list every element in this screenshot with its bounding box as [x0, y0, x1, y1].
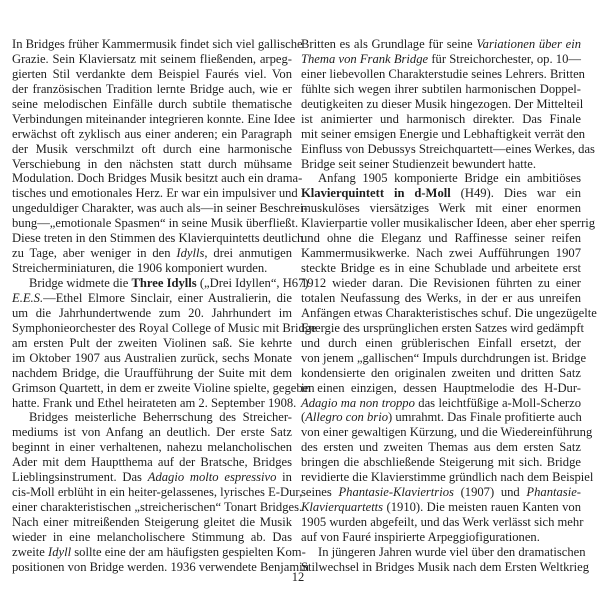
text-run: 1912 wieder daran. Die Revisionen führte… — [301, 276, 581, 290]
text-run: revidierte die Klavierstimme gründlich n… — [301, 470, 593, 484]
text-line: Verschiebung in den nächsten statt durch… — [12, 157, 292, 172]
text-run: Verschiebung in den nächsten statt durch… — [12, 157, 292, 171]
text-line: Symphonieorchester des Royal College of … — [12, 321, 292, 336]
text-line: 1912 wieder daran. Die Revisionen führte… — [301, 276, 581, 291]
page-number: 12 — [0, 570, 596, 585]
text-line: und durch einen grüblerischen Einfall er… — [301, 336, 581, 351]
italic-text: Phantasie- — [526, 485, 581, 499]
text-line: Grimson Quartett, in dem er zweite Violi… — [12, 381, 292, 396]
text-line: cis-Moll erblüht in ein heiter-gelassene… — [12, 485, 292, 500]
text-run: nachdem Bridge, die Uraufführung der Sui… — [12, 366, 292, 380]
text-run: Lieblingsinstrument. Das — [12, 470, 148, 484]
text-run: —Ethel Elmore Sinclair, einer Australier… — [43, 291, 292, 305]
text-line: (Allegro con brio) umrahmt. Das Finale p… — [301, 410, 581, 425]
text-line: Energie des ursprünglichen ersten Satzes… — [301, 321, 581, 336]
text-run: totalen Neufassung des Werks, in der er … — [301, 291, 581, 305]
text-run: am ersten Pult der zweiten Violinen saß.… — [12, 336, 292, 350]
text-run: Energie des ursprünglichen ersten Satzes… — [301, 321, 584, 335]
text-line: kondensierte den originalen zweiten und … — [301, 366, 581, 381]
text-line: ist animierter und harmonisch direkter. … — [301, 112, 581, 127]
text-line: Adagio ma non troppo das leichtfüßige a-… — [301, 396, 581, 411]
text-line: Klavierpartie voller musikalischer Ideen… — [301, 216, 581, 231]
text-run: fühlte sich wegen ihrer subtilen harmoni… — [301, 82, 581, 96]
text-run: in einen einzigen, dessen Hauptmelodie d… — [301, 381, 581, 395]
text-run: ) umrahmt. Das Finale profitierte auch — [388, 410, 582, 424]
text-run: steckte Bridge es in eine Schublade und … — [301, 261, 581, 275]
text-line: Kammermusikwerke. Nach zwei Aufführungen… — [301, 246, 581, 261]
text-run: im Oktober 1907 aus Australien zurück, s… — [12, 351, 292, 365]
text-line: der französischen Tradition lernte Bridg… — [12, 82, 292, 97]
text-run: auf von Fauré inspirierte Arpeggiofigura… — [301, 530, 540, 544]
text-line: Klavierquartetts (1910). Die meisten rau… — [301, 500, 581, 515]
text-line: Klavierquintett in d-Moll (H49). Dies wa… — [301, 186, 581, 201]
italic-text: E.E.S. — [12, 291, 43, 305]
text-line: Lieblingsinstrument. Das Adagio molto es… — [12, 470, 292, 485]
text-run: Grimson Quartett, in dem er zweite Violi… — [12, 381, 315, 395]
text-run: cis-Moll erblüht in ein heiter-gelassene… — [12, 485, 302, 499]
text-run: sollte eine der am häufigsten gespielten… — [71, 545, 306, 559]
text-line: Thema von Frank Bridge für Streichorches… — [301, 52, 581, 67]
text-run: von jenem „gallischen“ Impuls durchdrung… — [301, 351, 586, 365]
text-run: Diese treten in den Stimmen des Klavierq… — [12, 231, 303, 245]
text-line: und ohne die Eleganz und Raffinesse sein… — [301, 231, 581, 246]
italic-text: Klavierquartetts — [301, 500, 383, 514]
italic-text: Variationen über ein — [476, 37, 581, 51]
text-run: seines — [301, 485, 338, 499]
text-line: gierten Stil verdankte dem Beispiel Faur… — [12, 67, 292, 82]
text-line: 1905 wurden abgefeilt, und das Werk verl… — [301, 515, 581, 530]
italic-text: Thema von Frank Bridge — [301, 52, 428, 66]
text-run: Ader mit dem Hauptthema auf der Bratsche… — [12, 455, 292, 469]
text-line: Ader mit dem Hauptthema auf der Bratsche… — [12, 455, 292, 470]
text-run: einer liebevollen Charakterstudie seines… — [301, 67, 585, 81]
bold-title: Klavierquintett in d-Moll — [301, 186, 451, 200]
text-run: Bridge widmete die — [29, 276, 131, 290]
text-run: Verbindungen miteinander integrieren kon… — [12, 112, 295, 126]
text-run: zweite — [12, 545, 48, 559]
text-run: mediums ist von Anfang an deutlich. Der … — [12, 425, 292, 439]
text-line: muskulöses viersätziges Werk mit einer e… — [301, 201, 581, 216]
text-run: beginnt in einer verhaltenen, nahezu mel… — [12, 440, 292, 454]
text-run: (H49). Dies war ein — [451, 186, 581, 200]
text-line: deutigkeiten zu dieser Musik hingezogen.… — [301, 97, 581, 112]
text-run: muskulöses viersätziges Werk mit einer e… — [301, 201, 581, 215]
text-line: tisches und emotionales Herz. Er war ein… — [12, 186, 292, 201]
text-run: (1907) und — [454, 485, 527, 499]
text-run: Nach einer mitreißenden Steigerung gleit… — [12, 515, 292, 529]
text-run: der französischen Tradition lernte Bridg… — [12, 82, 292, 96]
italic-text: Phantasie-Klaviertrios — [338, 485, 453, 499]
text-run: erwächst oft zyklisch aus einer anderen;… — [12, 127, 292, 141]
text-run: wieder in eine melancholischere Stimmung… — [12, 530, 292, 544]
text-line: fühlte sich wegen ihrer subtilen harmoni… — [301, 82, 581, 97]
italic-text: Allegro con brio — [305, 410, 388, 424]
text-line: in einen einzigen, dessen Hauptmelodie d… — [301, 381, 581, 396]
text-line: seines Phantasie-Klaviertrios (1907) und… — [301, 485, 581, 500]
text-line: Verbindungen miteinander integrieren kon… — [12, 112, 292, 127]
text-run: und ohne die Eleganz und Raffinesse sein… — [301, 231, 581, 245]
text-run: Britten es als Grundlage für seine — [301, 37, 476, 51]
text-line: zweite Idyll sollte eine der am häufigst… — [12, 545, 292, 560]
text-run: das leichtfüßige a-Moll-Scherzo — [415, 396, 581, 410]
right-column: Britten es als Grundlage für seine Varia… — [301, 37, 581, 575]
text-run: und durch einen grüblerischen Einfall er… — [301, 336, 581, 350]
text-run: kondensierte den originalen zweiten und … — [301, 366, 581, 380]
text-run: Bridge seit seiner Studienzeit bewundert… — [301, 157, 536, 171]
text-line: bung—„emotionale Spasmen“ in seine Musik… — [12, 216, 292, 231]
text-line: Grazie. Sein Klaviersatz mit seinem flie… — [12, 52, 292, 67]
text-run: hatte. Frank und Ethel heirateten am 2. … — [12, 396, 296, 410]
text-line: steckte Bridge es in eine Schublade und … — [301, 261, 581, 276]
text-line: bringen die abschließende Steigerung mit… — [301, 455, 581, 470]
text-run: tisches und emotionales Herz. Er war ein… — [12, 186, 298, 200]
text-run: In Bridges früher Kammermusik findet sic… — [12, 37, 303, 51]
text-line: Diese treten in den Stimmen des Klavierq… — [12, 231, 292, 246]
text-run: , drei anmutigen — [204, 246, 292, 260]
text-run: für Streichorchester, op. 10— — [428, 52, 581, 66]
text-line: In Bridges früher Kammermusik findet sic… — [12, 37, 292, 52]
text-run: Einfluss von Debussys Streichquartett—ei… — [301, 142, 595, 156]
text-run: um die Jahrhundertwende zum 20. Jahrhund… — [12, 306, 292, 320]
text-line: einer charakteristischen „streicherische… — [12, 500, 292, 515]
text-run: mit seiner emsigen Energie und Lebhaftig… — [301, 127, 585, 141]
text-line: der Musik verschmilzt oft durch eine har… — [12, 142, 292, 157]
text-line: mediums ist von Anfang an deutlich. Der … — [12, 425, 292, 440]
text-run: In jüngeren Jahren wurde viel über den d… — [318, 545, 586, 559]
text-line: In jüngeren Jahren wurde viel über den d… — [301, 545, 581, 560]
text-line: wieder in eine melancholischere Stimmung… — [12, 530, 292, 545]
italic-text: Adagio molto espressivo — [148, 470, 277, 484]
text-line: am ersten Pult der zweiten Violinen saß.… — [12, 336, 292, 351]
text-line: Bridge widmete die Three Idylls („Drei I… — [12, 276, 292, 291]
text-run: einer charakteristischen „streicherische… — [12, 500, 302, 514]
italic-text: Idylls — [176, 246, 204, 260]
text-line: zu Tage, aber weniger in den Idylls, dre… — [12, 246, 292, 261]
text-line: E.E.S.—Ethel Elmore Sinclair, einer Aust… — [12, 291, 292, 306]
text-run: des ersten und zweiten Themas aus dem er… — [301, 440, 581, 454]
text-line: beginnt in einer verhaltenen, nahezu mel… — [12, 440, 292, 455]
text-run: Anfang 1905 komponierte Bridge ein ambit… — [318, 171, 581, 185]
text-line: Einfluss von Debussys Streichquartett—ei… — [301, 142, 581, 157]
text-run: gierten Stil verdankte dem Beispiel Faur… — [12, 67, 292, 81]
text-run: zu Tage, aber weniger in den — [12, 246, 176, 260]
text-line: Britten es als Grundlage für seine Varia… — [301, 37, 581, 52]
left-column: In Bridges früher Kammermusik findet sic… — [12, 37, 292, 575]
text-line: von einer gewaltigen Kürzung, und die Wi… — [301, 425, 581, 440]
text-run: (1910). Die meisten rauen Kanten von — [383, 500, 581, 514]
text-line: Bridge seit seiner Studienzeit bewundert… — [301, 157, 581, 172]
text-line: von jenem „gallischen“ Impuls durchdrung… — [301, 351, 581, 366]
text-line: seine melodischen Einfälle durch subtile… — [12, 97, 292, 112]
text-line: erwächst oft zyklisch aus einer anderen;… — [12, 127, 292, 142]
text-run: bringen die abschließende Steigerung mit… — [301, 455, 581, 469]
text-run: Bridges meisterliche Beherrschung des St… — [29, 410, 292, 424]
text-run: („Drei Idyllen“, H67) — [197, 276, 309, 290]
italic-text: Adagio ma non troppo — [301, 396, 415, 410]
text-run: deutigkeiten zu dieser Musik hingezogen.… — [301, 97, 583, 111]
text-line: Modulation. Doch Bridges Musik besitzt a… — [12, 171, 292, 186]
text-run: bung—„emotionale Spasmen“ in seine Musik… — [12, 216, 298, 230]
italic-text: Idyll — [48, 545, 71, 559]
text-run: Modulation. Doch Bridges Musik besitzt a… — [12, 171, 302, 185]
text-line: auf von Fauré inspirierte Arpeggiofigura… — [301, 530, 581, 545]
text-run: seine melodischen Einfälle durch subtile… — [12, 97, 292, 111]
text-run: der Musik verschmilzt oft durch eine har… — [12, 142, 292, 156]
text-line: Streicherminiaturen, die 1906 komponiert… — [12, 261, 292, 276]
text-run: Grazie. Sein Klaviersatz mit seinem flie… — [12, 52, 292, 66]
text-line: des ersten und zweiten Themas aus dem er… — [301, 440, 581, 455]
text-run: Streicherminiaturen, die 1906 komponiert… — [12, 261, 267, 275]
text-line: revidierte die Klavierstimme gründlich n… — [301, 470, 581, 485]
text-line: um die Jahrhundertwende zum 20. Jahrhund… — [12, 306, 292, 321]
text-run: in — [276, 470, 292, 484]
text-run: Anfängen etwas Charakteristisches schuf.… — [301, 306, 597, 320]
text-line: Anfang 1905 komponierte Bridge ein ambit… — [301, 171, 581, 186]
text-line: mit seiner emsigen Energie und Lebhaftig… — [301, 127, 581, 142]
text-line: nachdem Bridge, die Uraufführung der Sui… — [12, 366, 292, 381]
text-run: Klavierpartie voller musikalischer Ideen… — [301, 216, 595, 230]
text-line: hatte. Frank und Ethel heirateten am 2. … — [12, 396, 292, 411]
text-run: Kammermusikwerke. Nach zwei Aufführungen… — [301, 246, 581, 260]
text-run: ist animierter und harmonisch direkter. … — [301, 112, 581, 126]
text-line: einer liebevollen Charakterstudie seines… — [301, 67, 581, 82]
text-run: von einer gewaltigen Kürzung, und die Wi… — [301, 425, 592, 439]
text-line: Nach einer mitreißenden Steigerung gleit… — [12, 515, 292, 530]
text-line: ungeduldiger Charakter, was auch als—in … — [12, 201, 292, 216]
text-line: Bridges meisterliche Beherrschung des St… — [12, 410, 292, 425]
text-run: Symphonieorchester des Royal College of … — [12, 321, 317, 335]
text-run: 1905 wurden abgefeilt, und das Werk verl… — [301, 515, 583, 529]
text-run: ungeduldiger Charakter, was auch als—in … — [12, 201, 308, 215]
text-line: im Oktober 1907 aus Australien zurück, s… — [12, 351, 292, 366]
text-line: totalen Neufassung des Werks, in der er … — [301, 291, 581, 306]
text-line: Anfängen etwas Charakteristisches schuf.… — [301, 306, 581, 321]
bold-title: Three Idylls — [131, 276, 196, 290]
